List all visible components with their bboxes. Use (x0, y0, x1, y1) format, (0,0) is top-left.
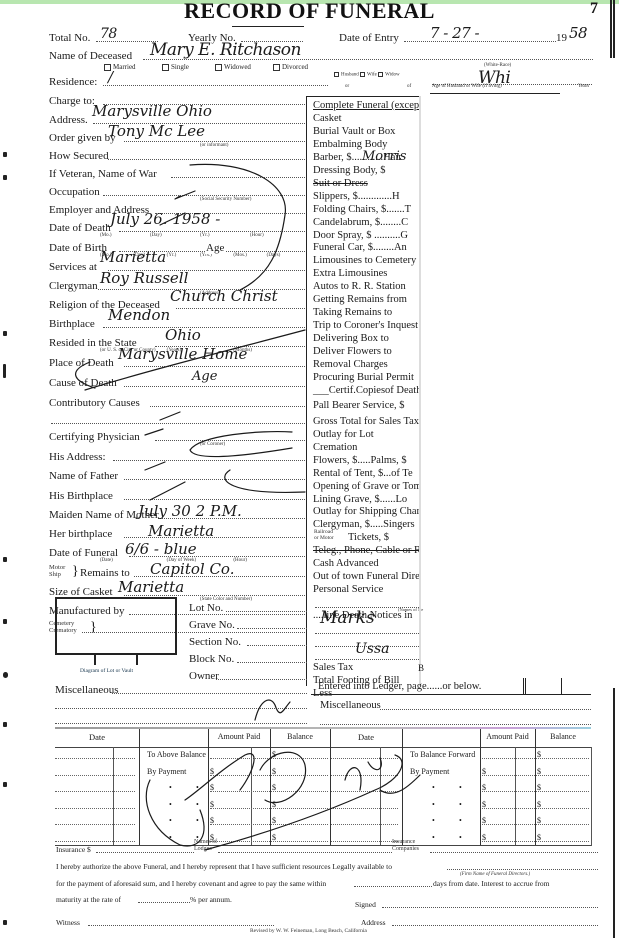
ledger-amount-cell[interactable] (482, 758, 589, 759)
misc-left-field-2[interactable] (55, 700, 307, 709)
lot-field-input[interactable] (226, 603, 307, 612)
charge-item-label: Cremation (313, 442, 357, 453)
ledger-subcolumn-line (515, 747, 516, 846)
diagram-caption: Diagram of Lot or Vault (80, 668, 133, 674)
firm-name-note: (Firm Name of Funeral Directors.) (460, 872, 530, 877)
charge-item-label: Pall Bearer Service, $ (313, 400, 405, 411)
field-label: Cause of Death (49, 377, 117, 389)
ledger-amount-cell[interactable] (210, 775, 328, 776)
dollar-sign: $ (537, 767, 541, 776)
field-sublabel: (Months) (233, 348, 252, 353)
charge-item[interactable]: Out of town Funeral Dire (306, 571, 419, 584)
field-note: (Social Security Number) (200, 197, 251, 202)
charge-item[interactable]: Complete Funeral (except o (306, 100, 419, 113)
bullet-mark: • (432, 816, 435, 825)
ledger-amount-cell[interactable] (482, 808, 589, 809)
field-input[interactable] (124, 133, 307, 142)
lodges-field[interactable] (218, 845, 392, 853)
charge-item-label: Outlay for Shipping Char (313, 506, 419, 517)
field-input[interactable] (108, 151, 307, 160)
ledger-header-rule (55, 747, 330, 748)
field-input[interactable] (160, 510, 307, 519)
field-sublabel: (Day of Week) (167, 558, 197, 563)
field-input[interactable] (124, 378, 307, 387)
charge-item[interactable]: Candelabrum, $........C (306, 217, 419, 230)
right-border-line (610, 0, 612, 58)
bullet-mark: • (459, 800, 462, 809)
right-border-line (613, 0, 615, 58)
field-label: Occupation (49, 186, 100, 198)
field-input[interactable] (119, 223, 307, 232)
field-input[interactable] (150, 398, 307, 407)
dollar-sign: $ (537, 783, 541, 792)
charge-item-label: Taking Remains to (313, 307, 392, 318)
witness-field[interactable] (88, 918, 274, 926)
field-label: Services at (49, 261, 97, 273)
dollar-sign: $ (210, 767, 214, 776)
charge-item-label: Procuring Burial Permit (313, 372, 414, 383)
misc-right-label: Miscellaneous (320, 700, 381, 711)
bullet-mark: • (169, 783, 172, 792)
interest-rate-field[interactable] (138, 895, 190, 903)
charge-item-label: Outlay for Lot (313, 429, 374, 440)
bullet-mark: • (196, 816, 199, 825)
ledger-date-cell[interactable] (330, 775, 398, 776)
lot-field-input[interactable] (247, 637, 307, 646)
entered-ledger-label: Entered into Ledger, page......or below. (318, 681, 481, 692)
field-prefix-bottom: Ship (49, 571, 61, 578)
charge-item[interactable]: Rental of Tent, $...of Te (306, 468, 419, 481)
charge-item-label: Embalming Body (313, 139, 387, 150)
ledger-subcolumn-line (591, 747, 592, 846)
field-sublabel: (Yr.) (167, 253, 177, 258)
lot-field-label: Block No. (189, 653, 234, 665)
ledger-amount-cell[interactable] (482, 841, 589, 842)
charge-item[interactable]: Outlay for Shipping Char (306, 506, 419, 519)
age-label: Age (205, 242, 225, 254)
margin-mark (3, 722, 7, 727)
charge-item-label: Casket (313, 113, 342, 124)
dollar-sign: $ (210, 816, 214, 825)
single-checkbox[interactable]: Single (162, 63, 189, 71)
charge-item[interactable]: Lining Grave, $......Lo (306, 494, 419, 507)
checkbox-icon (215, 64, 222, 71)
field-label: Clergyman (49, 280, 98, 292)
charge-item-label: Dressing Body, $ (313, 165, 386, 176)
lot-field-label: Lot No. (189, 602, 223, 614)
residence-field[interactable] (103, 77, 328, 86)
insurance-label: Insurance $ (56, 845, 91, 854)
charge-item[interactable]: Outlay for Lot (306, 429, 419, 442)
charge-item-label: Delivering Box to (313, 333, 389, 344)
field-label: Contributory Causes (49, 397, 140, 409)
charge-item-label: Folding Chairs, $.......T (313, 204, 411, 215)
ledger-header-amount-paid: Amount Paid (480, 732, 535, 741)
field-sublabel: (Mos.) (233, 253, 246, 258)
residence-value: / (108, 68, 113, 86)
brace-icon: } (72, 564, 79, 580)
ledger-top-rule (55, 727, 591, 729)
residence-label: Residence: (49, 76, 97, 88)
field-sublabel: (Date) (100, 558, 113, 563)
ledger-date-cell[interactable] (330, 841, 398, 842)
charge-item[interactable]: Delivering Box to (306, 333, 419, 346)
charge-item-label: Removal Charges (313, 359, 388, 370)
field-input[interactable] (124, 529, 307, 538)
ledger-header-amount-paid: Amount Paid (208, 732, 270, 741)
lot-field-label: Section No. (189, 636, 241, 648)
charge-item[interactable]: Cremation (306, 442, 419, 455)
charge-item[interactable]: Gross Total for Sales Tax (306, 416, 419, 429)
charge-item[interactable]: Taking Remains to (306, 307, 419, 320)
charge-item-label: Complete Funeral (except o (313, 100, 419, 111)
charge-item[interactable]: Deliver Flowers to (306, 346, 419, 359)
dollar-sign: $ (482, 833, 486, 842)
ledger-date-cell[interactable] (330, 758, 398, 759)
field-note: (or Coroner) (200, 442, 225, 447)
signed-label: Signed (355, 900, 376, 909)
charge-item-label: Opening of Grave or Tom (313, 481, 419, 492)
charge-item[interactable]: Casket (306, 113, 419, 126)
charge-item[interactable]: Door Spray, $ ..........G (306, 230, 419, 243)
dollar-sign: $ (272, 767, 276, 776)
field-input[interactable] (124, 491, 307, 500)
bullet-mark: • (169, 833, 172, 842)
ledger-divider (561, 678, 562, 694)
age-spouse-label: Age of Husband or Wife (if living) (432, 84, 502, 89)
ledger-amount-cell[interactable] (210, 791, 328, 792)
charge-item-label: Autos to R. R. Station (313, 281, 406, 292)
ledger-amount-cell[interactable] (210, 824, 328, 825)
diagram-tick (94, 655, 96, 665)
field-sublabel: (Days) (267, 253, 281, 258)
field-input[interactable] (171, 169, 307, 178)
charge-item[interactable]: Getting Remains from (306, 294, 419, 307)
bullet-mark: • (432, 783, 435, 792)
ledger-column-line (480, 729, 481, 846)
charge-item[interactable]: Funeral Car, $........An (306, 242, 419, 255)
misc-left-label: Miscellaneous (55, 684, 119, 696)
diagram-tick (136, 655, 138, 665)
field-input[interactable] (134, 568, 307, 577)
ledger-amount-cell[interactable] (482, 775, 589, 776)
lodges-label-bottom: Lodges (194, 846, 212, 852)
date-of-entry-field[interactable] (404, 33, 556, 42)
bullet-mark: • (196, 783, 199, 792)
field-label: If Veteran, Name of War (49, 168, 157, 180)
charge-item-label: Personal Service (313, 584, 383, 595)
charge-item-label: Out of town Funeral Dire (313, 571, 419, 582)
revised-by-credit: Revised by W. W. Feineman, Long Beach, C… (250, 928, 367, 934)
field-sublabel: (Mo.) (100, 233, 112, 238)
ledger-column-line (208, 729, 209, 846)
charge-item-label: Slippers, $.............H (313, 191, 400, 202)
bullet-mark: • (432, 833, 435, 842)
field-sublabel: (Hour) (233, 558, 247, 563)
lot-field-input[interactable] (237, 654, 307, 663)
ledger-header-date: Date (330, 732, 402, 742)
margin-mark (3, 920, 7, 925)
field-label: Name of Father (49, 470, 118, 482)
field-sublabel: (or U. S. or City or County) (100, 348, 156, 353)
field-input[interactable] (51, 415, 307, 424)
ledger-amount-cell[interactable] (210, 841, 328, 842)
lot-field-input[interactable] (237, 620, 307, 629)
ledger-header-balance: Balance (270, 732, 330, 741)
charge-item[interactable]: Removal Charges (306, 359, 419, 372)
date-of-entry-label: Date of Entry (339, 32, 399, 44)
charge-item[interactable]: Flowers, $.....Palms, $ (306, 455, 419, 468)
bullet-mark: • (432, 800, 435, 809)
ledger-column-line (270, 729, 271, 846)
dollar-sign: $ (482, 800, 486, 809)
bullet-mark: • (459, 816, 462, 825)
charge-item-label: ___Certif.Copiesof Death (313, 385, 419, 396)
dollar-sign: $ (210, 783, 214, 792)
dollar-sign: $ (272, 783, 276, 792)
checkbox-icon (273, 64, 280, 71)
charge-item-label: Gross Total for Sales Tax (313, 416, 419, 427)
field-sublabel: (Yr.) (200, 233, 210, 238)
charge-item-label: Cash Advanced (313, 558, 379, 569)
misc-right-field-1[interactable] (380, 701, 591, 710)
charge-item[interactable]: Autos to R. R. Station (306, 281, 419, 294)
charge-item-label: Getting Remains from (313, 294, 407, 305)
field-label: Maiden Name of Mother (49, 509, 159, 521)
year-value: 58 (569, 24, 587, 42)
of-label: of (407, 84, 411, 89)
charge-item[interactable]: Personal Service (306, 584, 419, 597)
field-input[interactable] (98, 281, 307, 290)
ledger-column-line (139, 729, 140, 846)
charge-item[interactable]: Dressing Body, $ (306, 165, 419, 178)
field-input[interactable] (124, 587, 307, 596)
charge-blank-line[interactable] (315, 638, 419, 647)
document-title: RECORD OF FUNERAL (0, 0, 619, 24)
total-no-value: 78 (100, 26, 117, 42)
total-no-label: Total No. (49, 32, 90, 44)
charge-item-label: Flowers, $.....Palms, $ (313, 455, 407, 466)
lot-diagram-box (55, 597, 177, 655)
charge-blank-line[interactable] (315, 651, 419, 660)
field-label: Remains to (80, 567, 130, 579)
charge-item-label: Tickets, $ (348, 532, 389, 543)
charge-item[interactable]: Opening of Grave or Tom (306, 481, 419, 494)
address-field[interactable] (392, 918, 598, 926)
ledger-subcolumn-line (380, 747, 381, 846)
field-label: Date of Birth (49, 242, 107, 254)
years-label: Years (578, 84, 589, 89)
ledger-date-cell[interactable] (55, 808, 135, 809)
charge-item-label: Teleg., Phone, Cable or R (313, 545, 419, 556)
charge-item-label: Candelabrum, $........C (313, 217, 408, 228)
name-of-deceased-value: Mary E. Ritchason (150, 40, 301, 60)
title-underline (232, 26, 304, 27)
charge-item-label: Door Spray, $ ..........G (313, 230, 408, 241)
b-label: B (418, 663, 424, 673)
charge-item[interactable]: Procuring Burial Permit (306, 372, 419, 385)
ledger-header-date: Date (55, 732, 139, 742)
lot-field-input[interactable] (216, 671, 308, 680)
ledger-amount-cell[interactable] (210, 758, 328, 759)
charge-item[interactable]: Pall Bearer Service, $ (306, 400, 419, 413)
lot-field-label: Grave No. (189, 619, 235, 631)
charge-item-label: Suit or Dress (313, 178, 368, 189)
ledger-amount-cell[interactable] (482, 824, 589, 825)
dollar-sign: $ (272, 816, 276, 825)
field-sublabel: (Day) (133, 253, 145, 258)
page-number: 7 (590, 0, 598, 18)
ledger-amount-cell[interactable] (482, 791, 589, 792)
bullet-mark: • (196, 800, 199, 809)
checkbox-icon (378, 72, 383, 77)
name-of-deceased-label: Name of Deceased (49, 50, 132, 62)
dollar-sign: $ (210, 800, 214, 809)
field-note: (or informant) (200, 143, 228, 148)
ledger-date-cell[interactable] (55, 775, 135, 776)
field-input[interactable] (155, 205, 307, 214)
ledger-date-cell[interactable] (55, 791, 135, 792)
field-input[interactable] (108, 262, 307, 271)
ledger-amount-cell[interactable] (210, 808, 328, 809)
charge-item[interactable]: Slippers, $.............H (306, 191, 419, 204)
dollar-sign: $ (272, 750, 276, 759)
field-input[interactable] (124, 358, 307, 367)
field-sublabel: (Hour) (250, 233, 264, 238)
ledger-row-label: To Above Balance (147, 750, 206, 759)
charge-item-label: Limousines to Cemetery (313, 255, 416, 266)
field-note: (Address) (200, 291, 220, 296)
field-input[interactable] (93, 115, 307, 124)
ledger-divider (525, 678, 526, 694)
misc-left-field-1[interactable] (112, 685, 307, 694)
dollar-sign: $ (482, 767, 486, 776)
margin-mark (3, 782, 7, 787)
tickets-prefix-bottom: or Motor (314, 535, 334, 541)
field-label: Place of Death (49, 357, 114, 369)
field-input[interactable] (124, 471, 307, 480)
year-prefix: 19 (556, 32, 567, 44)
ledger-date-cell[interactable] (330, 791, 398, 792)
charge-item-label: Deliver Flowers to (313, 346, 392, 357)
field-label: Her birthplace (49, 528, 112, 540)
charge-item[interactable]: Suit or Dress (306, 178, 419, 191)
insurance-field[interactable] (96, 845, 194, 853)
firm-name-field[interactable] (447, 862, 598, 870)
ledger-rule (311, 694, 591, 695)
lodges-label-top: Names of (194, 839, 217, 845)
field-sublabel: (Day) (150, 233, 162, 238)
days-field[interactable] (354, 879, 432, 887)
charge-blank-line[interactable] (315, 625, 419, 634)
charge-item-label: Extra Limousines (313, 268, 387, 279)
or-label: or (345, 84, 349, 89)
field-sublabel: (Years) (167, 348, 182, 353)
ledger-header-balance: Balance (535, 732, 591, 741)
margin-mark (3, 364, 6, 378)
field-input[interactable] (113, 452, 307, 461)
authorize-text: I hereby authorize the above Funeral, an… (56, 862, 392, 871)
field-input[interactable] (103, 319, 307, 328)
charge-item[interactable]: Teleg., Phone, Cable or R (306, 545, 419, 558)
margin-mark (3, 331, 7, 336)
diagram-gap (98, 655, 136, 657)
misc-left-field-3[interactable] (55, 715, 307, 724)
field-label: Charge to: (49, 95, 95, 107)
bullet-mark: • (169, 800, 172, 809)
charge-item-label: Trip to Coroner's Inquest (313, 320, 418, 331)
misc-right-field-2[interactable] (320, 716, 591, 725)
field-input[interactable] (129, 548, 307, 557)
charge-item[interactable]: Burial Vault or Box (306, 126, 419, 139)
maturity-text: maturity at the rate of (56, 895, 121, 904)
charge-item[interactable]: Limousines to Cemetery (306, 255, 419, 268)
divorced-checkbox[interactable]: Divorced (273, 63, 308, 71)
charge-item[interactable]: Embalming Body (306, 139, 419, 152)
bullet-mark: • (459, 783, 462, 792)
field-input[interactable] (103, 187, 307, 196)
payment-text: for the payment of aforesaid sum, and I … (56, 879, 326, 888)
charge-item[interactable]: Trip to Coroner's Inquest (306, 320, 419, 333)
companies-label-top: Insurance (392, 839, 415, 845)
dollar-sign: $ (272, 833, 276, 842)
ledger-subcolumn-line (251, 747, 252, 846)
field-input[interactable] (155, 338, 307, 347)
address-label: Address (361, 918, 386, 927)
field-label: Address. (49, 114, 88, 126)
checkbox-icon (162, 64, 169, 71)
dollar-sign: $ (482, 816, 486, 825)
field-label: His Birthplace (49, 490, 113, 502)
charge-item[interactable]: Barber, $............Hair (306, 152, 419, 165)
checkbox-icon (360, 72, 365, 77)
signed-field[interactable] (382, 900, 598, 908)
companies-field[interactable] (430, 845, 598, 853)
ledger-date-cell[interactable] (55, 841, 135, 842)
charge-item-label: Lining Grave, $......Lo (313, 494, 407, 505)
margin-mark (3, 557, 7, 562)
ledger-date-cell[interactable] (330, 824, 398, 825)
field-input[interactable] (176, 300, 307, 309)
margin-mark (3, 672, 8, 678)
ledger-header-rule (330, 747, 591, 748)
days-text: days from date. Interest to accrue from (433, 879, 549, 888)
charge-item[interactable]: ___Certif.Copiesof Death (306, 385, 419, 398)
bullet-mark: • (459, 833, 462, 842)
dollar-sign: $ (482, 783, 486, 792)
ledger-row-label: By Payment (147, 767, 186, 776)
margin-mark (3, 619, 7, 624)
charge-item[interactable]: Extra Limousines (306, 268, 419, 281)
charge-item[interactable]: Sales Tax (306, 662, 419, 675)
margin-mark (3, 175, 7, 180)
spouse-checkboxes[interactable]: Husband Wife Widow (334, 72, 400, 78)
dollar-sign: $ (272, 800, 276, 809)
ledger-column-line (535, 729, 536, 846)
ledger-date-cell[interactable] (330, 808, 398, 809)
field-input[interactable] (155, 432, 307, 441)
widowed-checkbox[interactable]: Widowed (215, 63, 251, 71)
ledger-date-cell[interactable] (55, 824, 135, 825)
dollar-sign: $ (537, 800, 541, 809)
lot-field-label: Owner (189, 670, 219, 682)
field-input[interactable] (103, 96, 307, 105)
percent-text: % per annum. (190, 895, 232, 904)
ledger-column-line (402, 729, 403, 846)
charge-item[interactable]: Folding Chairs, $.......T (306, 204, 419, 217)
ledger-date-cell[interactable] (55, 758, 135, 759)
charge-item[interactable]: Cash Advanced (306, 558, 419, 571)
